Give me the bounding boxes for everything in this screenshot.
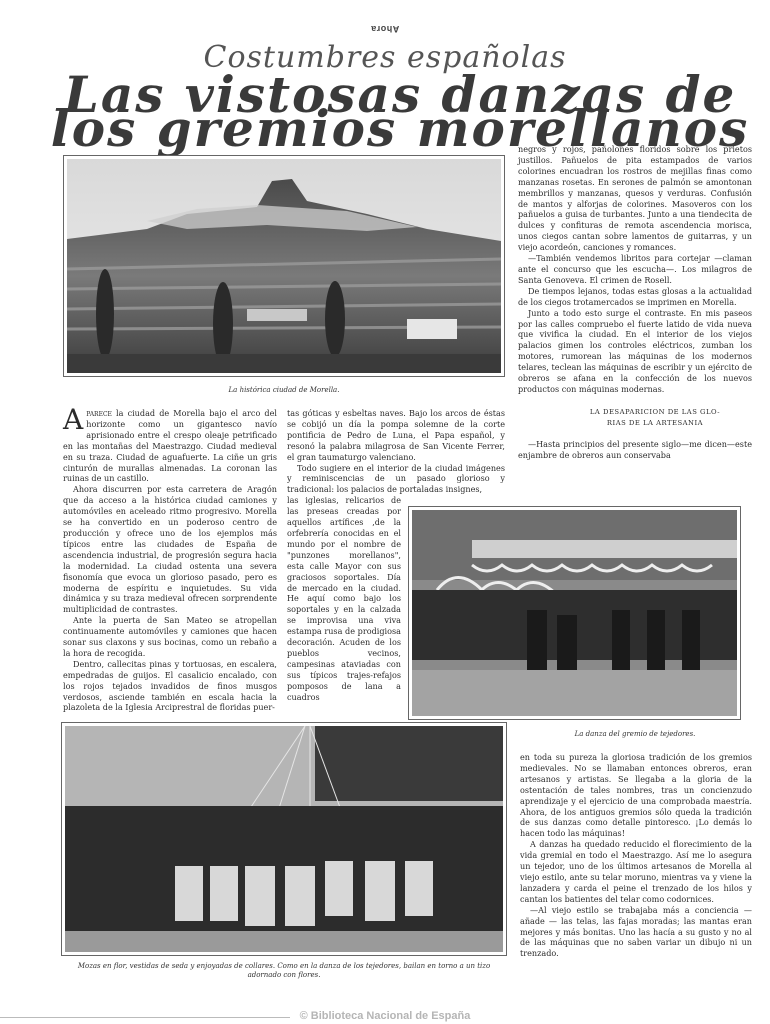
caption-morella-landscape: La histórica ciudad de Morella. [63,386,505,395]
paragraph: tas góticas y esbeltas naves. Bajo los a… [287,408,505,463]
article-column-4: en toda su pureza la gloriosa tradición … [520,752,752,959]
caption-weavers-dance: La danza del gremio de tejedores. [518,730,752,739]
figure-morella-landscape [63,155,505,377]
weavers-guild-dance-photo [412,510,737,716]
paragraph: Aparece la ciudad de Morella bajo el arc… [63,408,277,484]
drop-cap: A [63,409,83,431]
article-column-3: negros y rojos, pañolones floridos sobre… [518,144,752,461]
paragraph: las iglesias, relicarios de las preseas … [287,495,401,702]
lead-word: parece [86,408,112,418]
paragraph: —Al viejo estilo se trabajaba más a conc… [520,905,752,960]
paragraph: Todo sugiere en el interior de la ciudad… [287,463,505,496]
paragraph: Ante la puerta de San Mateo se atropella… [63,615,277,659]
copyright-notice: © Biblioteca Nacional de España [0,1010,770,1022]
paragraph: —También vendemos libritos para cortejar… [518,253,752,286]
hilltop-town-with-castle-photo [67,159,501,373]
paragraph: en toda su pureza la gloriosa tradición … [520,752,752,839]
paragraph: Junto a todo esto surge el contraste. En… [518,308,752,395]
caption-women-dance: Mozas en flor, vestidas de seda y enjoya… [61,962,507,980]
paragraph: Ahora discurren por esta carretera de Ar… [63,484,277,615]
paragraph: Dentro, callecitas pinas y tortuosas, en… [63,659,277,714]
figure-women-dance [61,722,507,956]
paragraph: negros y rojos, pañolones floridos sobre… [518,144,752,253]
article-column-1: Aparece la ciudad de Morella bajo el arc… [63,408,277,713]
paragraph: De tiempos lejanos, todas estas glosas a… [518,286,752,308]
section-subhead: LA DESAPARICION DE LAS GLO- RIAS DE LA A… [518,407,752,429]
figure-weavers-dance [408,506,741,720]
paragraph: —Hasta principios del presente siglo—me … [518,439,752,461]
masthead: Ahora [0,24,770,34]
paragraph: A danzas ha quedado reducido el florecim… [520,839,752,904]
women-maypole-dance-photo [65,726,503,952]
